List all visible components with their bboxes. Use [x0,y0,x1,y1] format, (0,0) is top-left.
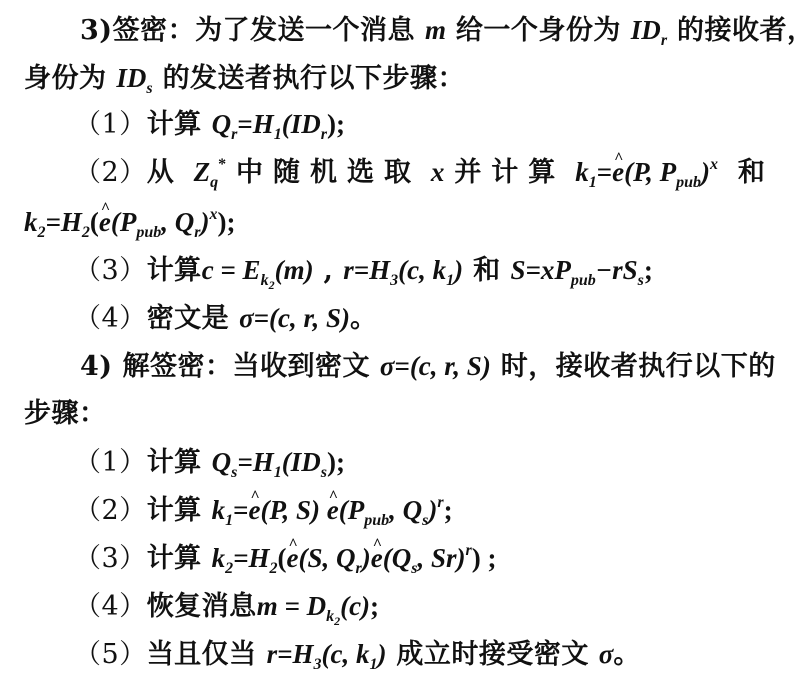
ciphertext-sigma: σ=(c, r, S) [239,303,350,333]
formula-decrypt: m = Dk2(c); [257,591,379,621]
unsigncrypt-step-3: （3）计算 k2=H2(e(S, Qr)e(Qs, Sr)r) ; [74,538,496,579]
message-variable: m [425,15,446,45]
unsigncrypt-step-1: （1）计算 Qs=H1(IDs); [74,442,345,483]
section-4-intro-line-2: 步骤： [24,394,107,434]
step-number: （2） [74,495,147,526]
document-page: 3)签密：为了发送一个消息 m 给一个身份为 IDr 的接收者， 身份为 IDs… [0,0,807,688]
section-3-heading-line: 3)签密：为了发送一个消息 m 给一个身份为 IDr 的接收者， [80,10,807,51]
step-number: （1） [74,447,147,478]
formula-qr: Qr=H1(IDr); [212,109,345,139]
section-3-title: 签密 [113,15,168,46]
formula-ciphertext-c: c = Ek2(m) [202,255,314,285]
step-number: （3） [74,255,147,286]
signcrypt-step-1: （1）计算 Qr=H1(IDr); [74,104,345,145]
signcrypt-step-4: （4）密文是 σ=(c, r, S)。 [74,298,378,339]
formula-k1: k1=e(P, Ppub)x [575,157,718,187]
step-number: （3） [74,543,147,574]
step-number: （5） [74,639,147,670]
step-number: （4） [74,591,147,622]
section-3-intro-line-2: 身份为 IDs 的发送者执行以下步骤： [24,58,465,99]
group-zq-star: Zq* [194,157,227,187]
section-4-heading-line: 4) 解签密：当收到密文 σ=(c, r, S) 时，接收者执行以下的 [80,346,776,387]
formula-verify-r: r=H3(c, k1) [267,639,387,669]
unsigncrypt-step-4: （4）恢复消息m = Dk2(c); [74,586,379,627]
signcrypt-step-2: （2）从 Zq* 中随机选取 x 并计算 k1=e(P, Ppub)x 和 [74,152,765,193]
formula-qs: Qs=H1(IDs); [212,447,345,477]
signcrypt-step-2-continued: k2=H2(e(Ppub, Qr)x); [24,202,235,243]
formula-k2-recover: k2=H2(e(S, Qr)e(Qs, Sr)r) ; [212,543,497,573]
formula-s: S=xPpub−rSs; [510,255,652,285]
section-4-number: 4) [80,351,113,382]
unsigncrypt-step-2: （2）计算 k1=e(P, S) e(Ppub, Qs)r; [74,490,453,531]
step-number: （2） [74,157,147,188]
section-3-number: 3) [80,15,113,46]
random-x: x [431,157,445,187]
unsigncrypt-step-5: （5）当且仅当 r=H3(c, k1) 成立时接受密文 σ。 [74,634,641,675]
step-number: （1） [74,109,147,140]
section-4-title: 解签密 [122,351,205,382]
step-number: （4） [74,303,147,334]
signcrypt-step-3: （3）计算c = Ek2(m) , r=H3(c, k1) 和 S=xPpub−… [74,250,653,291]
ciphertext-sigma: σ=(c, r, S) [380,351,491,381]
receiver-id: IDr [631,15,667,45]
formula-k2: k2=H2(e(Ppub, Qr)x); [24,207,235,237]
ciphertext-sigma: σ [599,639,614,669]
formula-r: r=H3(c, k1) [343,255,463,285]
formula-k1-recover: k1=e(P, S) e(Ppub, Qs)r; [212,495,453,525]
sender-id: IDs [116,63,152,93]
